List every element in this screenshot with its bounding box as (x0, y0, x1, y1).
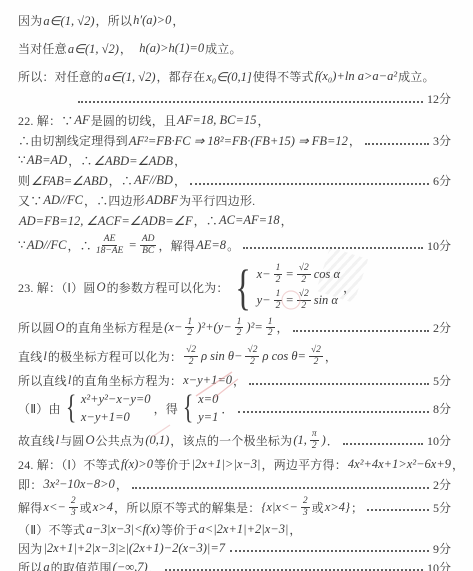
fraction: 23 (69, 496, 78, 519)
cjk-text: ， (120, 40, 138, 57)
score-label: 10分 (427, 237, 451, 254)
system-row: x=0 (197, 392, 219, 407)
cjk-text: ，∴ (194, 212, 218, 229)
cjk-text: ， (281, 212, 293, 229)
math-text: x<− (42, 500, 66, 515)
fraction: ADBC (140, 234, 157, 257)
doc-line: 所以a的取值范围(−∞,7)．10分 (18, 559, 451, 571)
cjk-text: 解得 (18, 499, 42, 516)
line-content: 23. 解：（Ⅰ）圆O的参数方程可以化为：{x−12=√22cos αy−12=… (18, 263, 355, 312)
math-text: a∈(1, √2) (42, 13, 95, 29)
fraction-numerator: π (310, 429, 319, 441)
answer-document: 因为a∈(1, √2)，所以h′(a)>0，当对任意a∈(1, √2)， h(a… (0, 0, 473, 571)
doc-line: 所以：对任意的a∈(1, √2)，都存在x₀∈(0,1]使得不等式f(x₀)+l… (18, 68, 451, 85)
dot-leader (78, 101, 423, 103)
fraction: 12 (235, 317, 244, 340)
math-text: f(x₀)+ln a>a−a² (314, 69, 398, 84)
cjk-text: ，该点的一个极坐标为 (170, 432, 292, 449)
line-content: 又∵AD//FC，∴四边形ADBF为平行四边形. (18, 192, 255, 209)
math-text: x>4 (92, 500, 114, 515)
score-label: 2分 (433, 476, 451, 493)
cjk-text: 等价于 (154, 456, 191, 473)
math-text: |2x+1|+2|x−3|≥|(2x+1)−2(x−3)|=7 (42, 541, 226, 556)
line-content: 当对任意a∈(1, √2)， h(a)>h(1)=0成立。 (18, 40, 242, 57)
math-text: y=1 (197, 410, 219, 425)
cjk-text: 的参数方程可以化为： (107, 279, 229, 296)
math-text: (−∞,7) (112, 560, 149, 571)
fraction-denominator: 2 (185, 328, 194, 339)
line-content: 所以直线l的直角坐标方程为：x−y+1=0， (18, 372, 245, 389)
fraction: 23 (301, 496, 310, 519)
left-brace: { (183, 394, 194, 423)
cjk-text: 23. 解：（Ⅰ）圆 (18, 279, 96, 296)
line-content: ∵AB=AD，∴∠ABD=∠ADB， (18, 152, 186, 169)
math-text: AF//BD (133, 173, 174, 188)
line-content: 直线l的极坐标方程可以化为：√22ρ sin θ−√22ρ cos θ=√22， (18, 345, 337, 368)
math-text: AD//FC (26, 238, 68, 253)
doc-line: 24. 解：（Ⅰ）不等式f(x)>0等价于|2x+1|>|x−3|，两边平方得：… (18, 456, 451, 473)
cjk-text: 所以直线 (18, 372, 67, 389)
cjk-text: 的极坐标方程可以化为： (48, 348, 182, 365)
cjk-text: ， (257, 112, 269, 129)
left-brace: { (66, 394, 77, 423)
doc-line: 因为a∈(1, √2)，所以h′(a)>0， (18, 12, 451, 29)
line-content: 则∠FAB=∠ABD，∴AF//BD， (18, 172, 186, 189)
system-rows: x=0y=1 (197, 392, 219, 425)
cjk-text: ， (116, 476, 128, 493)
cjk-text: 成立。 (205, 40, 242, 57)
cjk-text: ，∴ (67, 237, 91, 254)
cjk-text: 所以圆 (18, 319, 55, 336)
fraction-numerator: 1 (266, 317, 275, 329)
math-text: 4x²+4x+1>x²−6x+9 (347, 457, 452, 472)
math-text: f(x)>0 (120, 457, 154, 472)
cjk-text: ，∴ (109, 172, 133, 189)
line-content: 解得x<−23或x>4，所以原不等式的解集是：{x|x<−23或x>4}； (18, 496, 363, 519)
fraction-numerator: √2 (184, 345, 198, 357)
cjk-text: 24. 解：（Ⅰ）不等式 (18, 456, 120, 473)
math-text: = (127, 238, 137, 253)
fraction-denominator: 2 (299, 301, 308, 312)
system-row: x²+y²−x−y=0 (80, 392, 152, 407)
doc-line: （Ⅱ）不等式a−3|x−3|<f(x)等价于a<|2x+1|+2|x−3|， (18, 521, 451, 538)
fraction: π2 (310, 429, 319, 452)
cjk-text: ，所以 (95, 12, 132, 29)
dot-leader (132, 487, 429, 489)
cjk-text: ， (174, 172, 186, 189)
line-content: AD=FB=12, ∠ACF=∠ADB=∠F，∴AC=AF=18， (18, 212, 293, 229)
line-content: 即：3x²−10x−8>0， (18, 476, 128, 493)
cjk-text: ， (174, 152, 186, 169)
math-text: O (96, 280, 107, 295)
math-text: AF²=FB·FC ⇒ 18²=FB·(FB+15) ⇒ FB=12 (128, 133, 349, 149)
cjk-text: 的直角坐标方程为： (72, 372, 182, 389)
math-text: {x|x<− (260, 500, 298, 515)
fraction-numerator: 1 (185, 317, 194, 329)
cjk-text: ． (149, 559, 161, 571)
math-text: ADBF (145, 193, 179, 208)
doc-line: 23. 解：（Ⅰ）圆O的参数方程可以化为：{x−12=√22cos αy−12=… (18, 263, 451, 312)
fraction-denominator: 18−AE (94, 246, 126, 257)
cjk-text: ， (233, 372, 245, 389)
cjk-text: 又∵ (18, 192, 42, 209)
fraction-numerator: AD (140, 234, 157, 246)
line-content: 22. 解：∵AF是圆的切线，且AF=18, BC=15， (18, 112, 270, 129)
fraction-denominator: 2 (248, 357, 257, 368)
fraction: 12 (274, 289, 283, 312)
math-text: AE=8 (195, 238, 227, 253)
fraction: 12 (274, 263, 283, 286)
fraction: AE18−AE (94, 234, 126, 257)
fraction-numerator: 1 (274, 289, 283, 301)
cjk-text: ， (343, 279, 355, 296)
fraction-numerator: 2 (69, 496, 78, 508)
cjk-text: ，得 (154, 400, 178, 417)
cjk-text: ，∴四边形 (84, 192, 145, 209)
math-text: AF (73, 113, 90, 128)
cjk-text: 或 (80, 499, 92, 516)
math-text: AD=FB=12, ∠ACF=∠ADB=∠F (18, 213, 194, 229)
dot-leader (190, 183, 429, 185)
cjk-text: ， (325, 348, 337, 365)
math-text: (1, (292, 433, 308, 448)
fraction-denominator: BC (140, 246, 156, 257)
math-text: (0,1) (144, 433, 170, 448)
doc-line: 直线l的极坐标方程可以化为：√22ρ sin θ−√22ρ cos θ=√22， (18, 345, 451, 368)
doc-line: 又∵AD//FC，∴四边形ADBF为平行四边形. (18, 192, 451, 209)
score-label: 3分 (433, 132, 451, 149)
equation-system: {x−12=√22cos αy−12=√22sin α (231, 263, 341, 312)
fraction: √22 (297, 289, 311, 312)
fraction: √22 (297, 263, 311, 286)
cjk-text: 则 (18, 172, 30, 189)
system-row: y=1 (197, 410, 219, 425)
score-label: 6分 (433, 172, 451, 189)
score-label: 5分 (433, 372, 451, 389)
math-text: ∠ABD=∠ADB (93, 153, 174, 169)
math-text: AB=AD (26, 153, 68, 168)
fraction-numerator: √2 (309, 345, 323, 357)
doc-line: ∵AB=AD，∴∠ABD=∠ADB， (18, 152, 451, 169)
cjk-text: 是圆的切线，且 (91, 112, 176, 129)
doc-line: AD=FB=12, ∠ACF=∠ADB=∠F，∴AC=AF=18， (18, 212, 451, 229)
system-rows: x²+y²−x−y=0x−y+1=0 (80, 392, 152, 425)
math-text: a∈(1, √2) (103, 69, 156, 85)
line-content: （Ⅱ）由{x²+y²−x−y=0x−y+1=0，得{x=0y=1． (18, 392, 234, 425)
fraction-denominator: 3 (69, 508, 78, 519)
line-content: ∵AD//FC，∴AE18−AE=ADBC，解得AE=8。 (18, 234, 239, 257)
cjk-text: 使得不等式 (253, 68, 314, 85)
cjk-text: 故直线 (18, 432, 55, 449)
cjk-text: ，所以原不等式的解集是： (114, 499, 260, 516)
dot-leader (249, 383, 429, 385)
cjk-text: （Ⅱ）由 (18, 400, 61, 417)
cjk-text: ， (172, 12, 184, 29)
line-content: 因为|2x+1|+2|x−3|≥|(2x+1)−2(x−3)|=7 (18, 540, 226, 557)
cjk-text: 所以：对任意的 (18, 68, 103, 85)
cjk-text: 或 (312, 499, 324, 516)
fraction-denominator: 2 (274, 275, 283, 286)
score-label: 2分 (433, 319, 451, 336)
math-text: x−y+1=0 (182, 373, 233, 388)
system-row: y−12=√22sin α (256, 289, 342, 312)
fraction-denominator: 2 (266, 328, 275, 339)
dot-leader (238, 411, 429, 413)
cjk-text: ，解得 (158, 237, 195, 254)
cjk-text: 的取值范围 (51, 559, 112, 571)
cjk-text: ，都存在 (156, 68, 205, 85)
left-brace: { (235, 266, 251, 308)
doc-line: ∴由切割线定理得到AF²=FB·FC ⇒ 18²=FB·(FB+15) ⇒ FB… (18, 132, 451, 149)
doc-line: 因为|2x+1|+2|x−3|≥|(2x+1)−2(x−3)|=79分 (18, 540, 451, 557)
equation-system: {x²+y²−x−y=0x−y+1=0 (63, 392, 152, 425)
math-text: x=0 (197, 392, 219, 407)
cjk-text: ， (349, 132, 361, 149)
cjk-text: 因为 (18, 540, 42, 557)
document-lines: 因为a∈(1, √2)，所以h′(a)>0，当对任意a∈(1, √2)， h(a… (18, 12, 451, 571)
cjk-text: 为平行四边形. (179, 192, 255, 209)
math-text: )²= (245, 320, 263, 335)
math-text: AF=18, BC=15 (176, 113, 257, 128)
math-text: AD//FC (42, 193, 84, 208)
system-row: x−y+1=0 (80, 410, 152, 425)
fraction: √22 (309, 345, 323, 368)
line-content: 所以圆O的直角坐标方程是(x−12)²+(y−12)²=12， (18, 317, 289, 340)
doc-line: ∵AD//FC，∴AE18−AE=ADBC，解得AE=8。10分 (18, 234, 451, 257)
cjk-text: （Ⅱ）不等式 (18, 521, 85, 538)
cjk-text: 22. 解：∵ (18, 112, 73, 129)
math-text: x₀∈(0,1] (205, 69, 252, 85)
score-label: 8分 (433, 400, 451, 417)
line-content: （Ⅱ）不等式a−3|x−3|<f(x)等价于a<|2x+1|+2|x−3|， (18, 521, 302, 538)
line-content: 故直线l与圆O公共点为(0,1)，该点的一个极坐标为(1,π2)． (18, 429, 339, 452)
doc-line: （Ⅱ）由{x²+y²−x−y=0x−y+1=0，得{x=0y=1．8分 (18, 392, 451, 425)
math-text: = (284, 267, 294, 282)
cjk-text: ， (452, 456, 464, 473)
math-text: sin α (313, 293, 339, 308)
fraction-denominator: 2 (235, 328, 244, 339)
math-text: 3x²−10x−8>0 (42, 477, 115, 492)
cjk-text: 的直角坐标方程是 (66, 319, 164, 336)
cjk-text: ，两边平方得： (262, 456, 347, 473)
doc-line: 故直线l与圆O公共点为(0,1)，该点的一个极坐标为(1,π2)．10分 (18, 429, 451, 452)
math-text: h′(a)>0 (132, 13, 172, 28)
score-label: 12分 (427, 90, 451, 107)
cjk-text: ， (277, 319, 289, 336)
dot-leader (243, 247, 423, 249)
line-content: 因为a∈(1, √2)，所以h′(a)>0， (18, 12, 185, 29)
score-label: 9分 (433, 540, 451, 557)
cjk-text: ∵ (18, 238, 26, 253)
math-text: x− (256, 267, 272, 282)
cjk-text: ∴由切割线定理得到 (18, 132, 128, 149)
doc-line: 22. 解：∵AF是圆的切线，且AF=18, BC=15， (18, 112, 451, 129)
math-text: a (42, 560, 50, 571)
math-text: = (284, 293, 294, 308)
fraction-numerator: 2 (301, 496, 310, 508)
math-text: x>4} (324, 500, 351, 515)
cjk-text: ． (327, 432, 339, 449)
math-text: |2x+1|>|x−3| (191, 457, 262, 472)
cjk-text: ． (221, 400, 233, 417)
math-text: a−3|x−3|<f(x) (85, 522, 161, 537)
dot-leader (293, 330, 429, 332)
cjk-text: 。 (227, 237, 239, 254)
fraction-numerator: √2 (297, 289, 311, 301)
math-text: O (55, 320, 66, 335)
cjk-text: 即： (18, 476, 42, 493)
math-text: ρ sin θ− (200, 349, 243, 364)
fraction: √22 (245, 345, 259, 368)
dot-leader (230, 550, 429, 552)
dot-leader (365, 143, 429, 145)
fraction-numerator: AE (102, 234, 118, 246)
fraction-denominator: 2 (312, 357, 321, 368)
cjk-text: ， (289, 521, 301, 538)
cjk-text: 当对任意 (18, 40, 67, 57)
cjk-text: 等价于 (161, 521, 198, 538)
doc-line: 所以圆O的直角坐标方程是(x−12)²+(y−12)²=12，2分 (18, 317, 451, 340)
dot-leader (343, 443, 423, 445)
math-text: cos α (313, 267, 341, 282)
math-text: y− (256, 293, 272, 308)
fraction-numerator: 1 (274, 263, 283, 275)
cjk-text: 直线 (18, 348, 42, 365)
equation-system: {x=0y=1 (180, 392, 219, 425)
fraction-denominator: 2 (310, 441, 319, 452)
math-text: x²+y²−x−y=0 (80, 392, 152, 407)
fraction-denominator: 3 (301, 508, 310, 519)
doc-line: 所以直线l的直角坐标方程为：x−y+1=0，5分 (18, 372, 451, 389)
line-content: 所以a的取值范围(−∞,7)． (18, 559, 161, 571)
score-label: 5分 (433, 499, 451, 516)
fraction-denominator: 2 (274, 301, 283, 312)
fraction: √22 (184, 345, 198, 368)
cjk-text: 所以 (18, 559, 42, 571)
line-content: ∴由切割线定理得到AF²=FB·FC ⇒ 18²=FB·(FB+15) ⇒ FB… (18, 132, 361, 149)
score-label: 10分 (427, 432, 451, 449)
math-text: AC=AF=18 (218, 213, 281, 228)
cjk-text: 公共点为 (96, 432, 145, 449)
fraction-numerator: 1 (235, 317, 244, 329)
math-text: a<|2x+1|+2|x−3| (198, 522, 290, 537)
doc-line: 即：3x²−10x−8>0，2分 (18, 476, 451, 493)
doc-line: 则∠FAB=∠ABD，∴AF//BD，6分 (18, 172, 451, 189)
doc-line: 12分 (74, 90, 451, 107)
math-text: h(a)>h(1)=0 (138, 41, 205, 56)
cjk-text: ，∴ (68, 152, 92, 169)
dot-leader (367, 509, 429, 511)
fraction-denominator: 2 (187, 357, 196, 368)
math-text: O (85, 433, 96, 448)
cjk-text: 成立。 (398, 68, 435, 85)
math-text: a∈(1, √2) (67, 41, 120, 57)
system-rows: x−12=√22cos αy−12=√22sin α (256, 263, 342, 312)
score-label: 10分 (427, 559, 451, 571)
fraction-numerator: √2 (297, 263, 311, 275)
doc-line: 解得x<−23或x>4，所以原不等式的解集是：{x|x<−23或x>4}；5分 (18, 496, 451, 519)
fraction-numerator: √2 (245, 345, 259, 357)
cjk-text: ∵ (18, 153, 26, 168)
cjk-text: 与圆 (60, 432, 84, 449)
fraction: 12 (185, 317, 194, 340)
system-row: x−12=√22cos α (256, 263, 342, 286)
fraction: 12 (266, 317, 275, 340)
doc-line: 当对任意a∈(1, √2)， h(a)>h(1)=0成立。 (18, 40, 451, 57)
fraction-denominator: 2 (299, 275, 308, 286)
math-text: ∠FAB=∠ABD (30, 173, 108, 189)
cjk-text: ； (351, 499, 363, 516)
math-text: ρ cos θ= (261, 349, 307, 364)
cjk-text: 因为 (18, 12, 42, 29)
math-text: )²+(y− (196, 320, 233, 335)
math-text: (x− (163, 320, 183, 335)
line-content: 24. 解：（Ⅰ）不等式f(x)>0等价于|2x+1|>|x−3|，两边平方得：… (18, 456, 464, 473)
math-text: x−y+1=0 (80, 410, 131, 425)
line-content: 所以：对任意的a∈(1, √2)，都存在x₀∈(0,1]使得不等式f(x₀)+l… (18, 68, 435, 85)
